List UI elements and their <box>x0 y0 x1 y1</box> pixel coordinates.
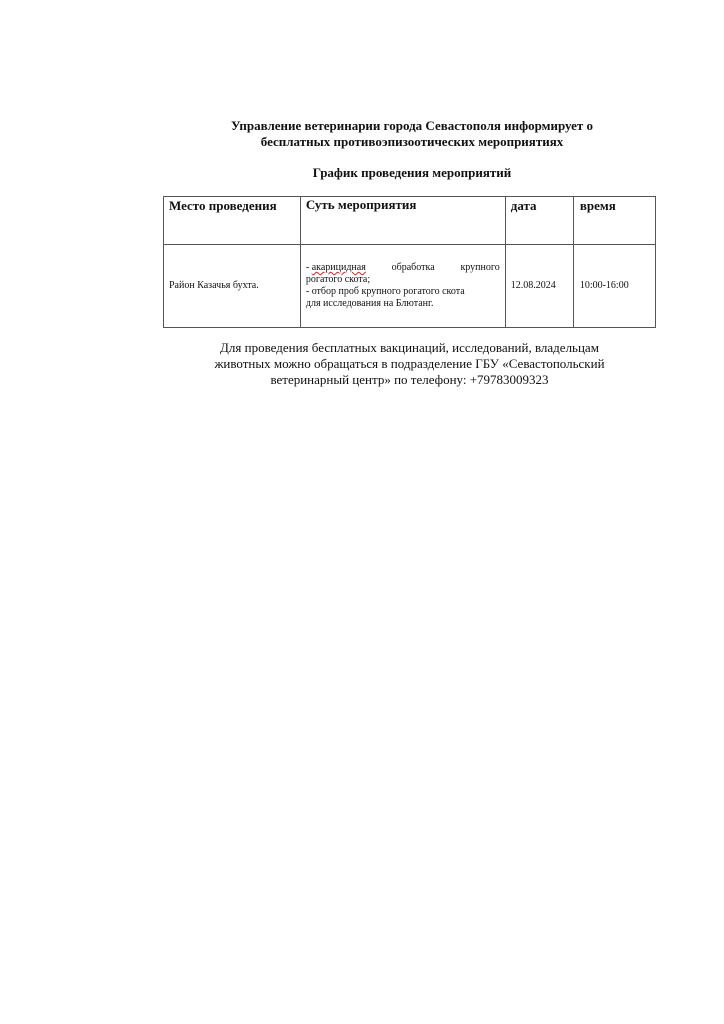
contact-line-3: ветеринарный центр» по телефону: +797830… <box>163 372 656 388</box>
activity-word: обработка <box>392 262 435 274</box>
schedule-table: Место проведения Суть мероприятия дата в… <box>163 196 656 328</box>
header-time: время <box>573 197 655 245</box>
cell-time: 10:00-16:00 <box>573 245 655 328</box>
header-date: дата <box>505 197 573 245</box>
contact-line-1: Для проведения бесплатных вакцинаций, ис… <box>163 340 656 356</box>
activity-line-3: - отбор проб крупного рогатого скота <box>306 286 500 298</box>
activity-line-4: для исследования на Блютанг. <box>306 298 500 310</box>
table-header-row: Место проведения Суть мероприятия дата в… <box>164 197 656 245</box>
activity-line-2: рогатого скота; <box>306 274 500 286</box>
cell-date: 12.08.2024 <box>505 245 573 328</box>
activity-word: крупного <box>460 262 499 274</box>
schedule-subtitle: График проведения мероприятий <box>50 165 724 181</box>
spellcheck-word: акарицидная <box>312 262 366 273</box>
heading-line-1: Управление ветеринарии города Севастопол… <box>50 118 724 134</box>
header-place: Место проведения <box>164 197 301 245</box>
cell-activity: - акарицидная обработка крупного рогатог… <box>300 245 505 328</box>
header-activity: Суть мероприятия <box>300 197 505 245</box>
heading-line-2: бесплатных противоэпизоотических меропри… <box>50 134 724 150</box>
contact-note: Для проведения бесплатных вакцинаций, ис… <box>163 340 656 388</box>
cell-place: Район Казачья бухта. <box>164 245 301 328</box>
table-row: Район Казачья бухта. - акарицидная обраб… <box>164 245 656 328</box>
contact-line-2: животных можно обращаться в подразделени… <box>163 356 656 372</box>
